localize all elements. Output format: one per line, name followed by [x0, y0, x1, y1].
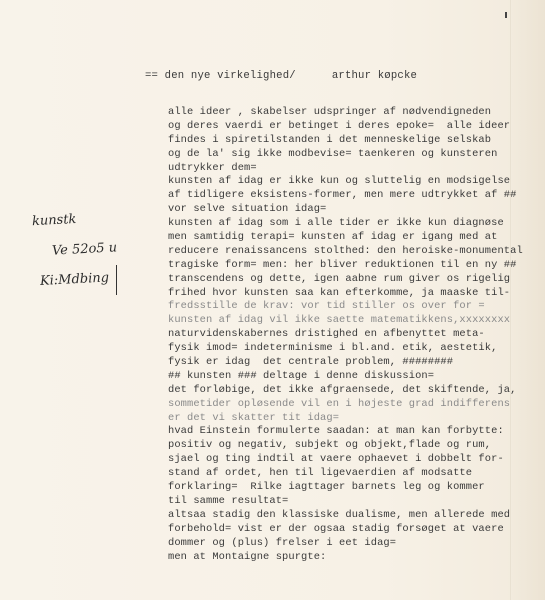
text-line: forbehold= vist er der ogsaa stadig fors… — [168, 523, 518, 537]
text-line: det forløbige, det ikke afgraensede, det… — [168, 384, 518, 398]
text-line: positiv og negativ, subjekt og objekt,fl… — [168, 439, 518, 453]
text-line: reducere renaissancens stolthed: den her… — [168, 245, 518, 259]
document-page: == den nye virkelighed/arthur køpcke kun… — [0, 0, 545, 600]
text-line: og de la' sig ikke modbevise= taenkeren … — [168, 148, 518, 162]
text-line: kunsten af idag vil ikke saette matemati… — [168, 314, 518, 328]
text-line: sommetider opløsende vil en i højeste gr… — [168, 398, 518, 412]
text-line: kunsten af idag er ikke kun og sluttelig… — [168, 175, 518, 189]
typewritten-body: alle ideer , skabelser udspringer af nød… — [168, 106, 518, 564]
text-line: fysik er idag det centrale problem, ####… — [168, 356, 518, 370]
text-line: altsaa stadig den klassiske dualisme, me… — [168, 509, 518, 523]
document-title: == den nye virkelighed/ — [145, 70, 296, 82]
text-line: frihed hvor kunsten saa kan efterkomme, … — [168, 287, 518, 301]
text-line: transcendens og dette, igen aabne rum gi… — [168, 273, 518, 287]
text-line: findes i spiretilstanden i det menneskel… — [168, 134, 518, 148]
text-line: men samtidig terapi= kunsten af idag er … — [168, 231, 518, 245]
text-line: fysik imod= indeterminisme i bl.and. eti… — [168, 342, 518, 356]
text-line: dommer og (plus) frelser i eet idag= — [168, 537, 518, 551]
text-line: naturvidenskabernes dristighed en afbeny… — [168, 328, 518, 342]
text-line: stand af ordet, hen til ligevaerdien af … — [168, 467, 518, 481]
text-line: ## kunsten ### deltage i denne diskussio… — [168, 370, 518, 384]
text-line: til samme resultat= — [168, 495, 518, 509]
text-line: af tidligere eksistens-former, men mere … — [168, 189, 518, 203]
handwritten-marginalia: kunstk Ve 52o5 u Ki:Mdbing — [32, 205, 117, 295]
text-line: hvad Einstein formulerte saadan: at man … — [168, 425, 518, 439]
marginalia-line: Ki:Mdbing — [39, 263, 118, 297]
text-line: alle ideer , skabelser udspringer af nød… — [168, 106, 518, 120]
author-name: arthur køpcke — [332, 70, 417, 82]
marginalia-line: Ve 52o5 u — [51, 233, 118, 266]
text-line: sjael og ting indtil at vaere ophaevet i… — [168, 453, 518, 467]
text-line: udtrykker dem= — [168, 162, 518, 176]
text-line: og deres vaerdi er betinget i deres epok… — [168, 120, 518, 134]
text-line: kunsten af idag som i alle tider er ikke… — [168, 217, 518, 231]
text-line: men at Montaigne spurgte: — [168, 551, 518, 565]
text-line: er det vi skatter tit idag= — [168, 412, 518, 426]
text-line: fredsstille de krav: vor tid stiller os … — [168, 300, 518, 314]
text-line: forklaring= Rilke iagttager barnets leg … — [168, 481, 518, 495]
margin-stroke — [116, 265, 117, 295]
marginalia-line: kunstk — [31, 203, 118, 237]
text-line: tragiske form= men: her bliver reduktion… — [168, 259, 518, 273]
text-line: vor selve situation idag= — [168, 203, 518, 217]
page-number-mark — [505, 12, 507, 18]
document-header: == den nye virkelighed/arthur køpcke — [145, 70, 417, 82]
